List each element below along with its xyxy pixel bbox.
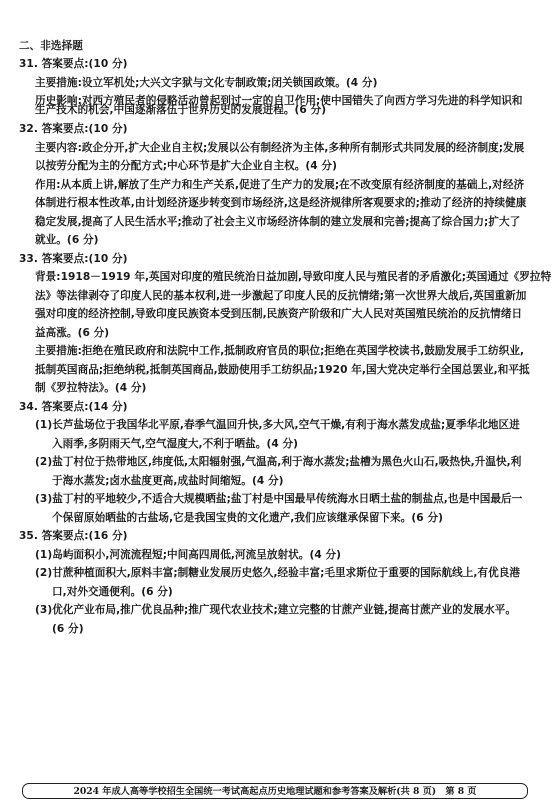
question-34-item-2: (2)盐丁村位于热带地区,纬度低,太阳辐射强,气温高,利于海水蒸发;盐槽为黑色火… <box>35 455 521 469</box>
question-35-header: 35. 答案要点:(16 分) <box>19 529 128 543</box>
document-page: 二、非选择题 31. 答案要点:(10 分) 主要措施:设立军机处;大兴文字狱与… <box>0 0 554 809</box>
question-31-line: 主要措施:设立军机处;大兴文字狱与文化专制政策;闭关锁国政策。(4 分) <box>35 76 377 90</box>
question-34-item-1: (1)长芦盐场位于我国华北平原,春季气温回升快,多大风,空气干燥,有利于海水蒸发… <box>35 418 520 432</box>
question-33-line: 法》等法律剥夺了印度人民的基本权利,进一步激起了印度人民的反抗情绪;第一次世界大… <box>35 289 526 303</box>
footer-text: 2024 年成人高等学校招生全国统一考试高起点历史地理试题和参考答案及解析(共 … <box>23 785 527 798</box>
question-31-line: 生产技术的机会,中国逐渐落伍于世界历史的发展进程。(6 分) <box>35 103 326 117</box>
question-32-line: 体制进行根本性改革,由计划经济逐步转变到市场经济,这是经济规律所客观要求的;推动… <box>35 196 526 210</box>
question-33-header: 33. 答案要点:(10 分) <box>19 252 128 266</box>
question-31-header: 31. 答案要点:(10 分) <box>19 57 128 71</box>
question-35-item-3: (3)优化产业布局,推广优良品种;推广现代农业技术;建立完整的甘蔗产业链,提高甘… <box>35 603 516 617</box>
page-footer: 2024 年成人高等学校招生全国统一考试高起点历史地理试题和参考答案及解析(共 … <box>22 783 528 799</box>
question-35-item-2-cont: 口,对外交通便利。(6 分) <box>52 585 173 599</box>
question-33-line: 主要措施:拒绝在殖民政府和法院中工作,抵制政府官员的职位;拒绝在英国学校读书,鼓… <box>35 344 524 358</box>
question-32-line: 作用:从本质上讲,解放了生产力和生产关系,促进了生产力的发展;在不改变原有经济制… <box>35 178 524 192</box>
question-33-line: 制《罗拉特法》。(4 分) <box>35 381 146 395</box>
section-title: 二、非选择题 <box>19 39 83 53</box>
question-35-item-3-cont: (6 分) <box>52 622 84 636</box>
question-33-line: 益高涨。(6 分) <box>35 326 109 340</box>
question-32-header: 32. 答案要点:(10 分) <box>19 122 128 136</box>
question-34-header: 34. 答案要点:(14 分) <box>19 400 128 414</box>
question-34-item-1-cont: 入雨季,多阴雨天气,空气湿度大,不利于晒盐。(4 分) <box>52 437 298 451</box>
question-32-line: 主要内容:政企分开,扩大企业自主权;发展以公有制经济为主体,多种所有制形式共同发… <box>35 141 524 155</box>
question-33-line: 强对印度的经济控制,导致印度民族资本受到压制,民族资产阶级和广大人民对英国殖民统… <box>35 307 522 321</box>
question-34-item-3-cont: 个保留原始晒盐的古盐场,它是我国宝贵的文化遗产,我们应该继承保留下来。(6 分) <box>52 511 443 525</box>
question-32-line: 稳定发展,提高了人民生活水平;推动了社会主义市场经济体制的建立发展和完善;提高了… <box>35 215 520 229</box>
question-34-item-3: (3)盐丁村的平地较少,不适合大规模晒盐;盐丁村是中国最早传统海水日晒土盐的制盐… <box>35 492 522 506</box>
question-33-line: 背景:1918－1919 年,英国对印度的殖民统治日益加剧,导致印度人民与殖民者… <box>35 270 551 284</box>
question-34-item-2-cont: 于海水蒸发;卤水盐度更高,成盐时间缩短。(4 分) <box>52 474 284 488</box>
question-35-item-2: (2)甘蔗种植面积大,原料丰富;制糖业发展历史悠久,经验丰富;毛里求斯位于重要的… <box>35 566 520 580</box>
question-32-line: 就业。(6 分) <box>35 233 99 247</box>
question-33-line: 抵制英国商品;拒绝纳税,抵制英国商品,鼓励使用手工纺织品;1920 年,国大党决… <box>35 363 530 377</box>
question-35-item-1: (1)岛屿面积小,河流流程短;中间高四周低,河流呈放射状。(4 分) <box>35 548 341 562</box>
question-32-line: 以按劳分配为主的分配方式;中心环节是扩大企业自主权。(4 分) <box>35 159 337 173</box>
